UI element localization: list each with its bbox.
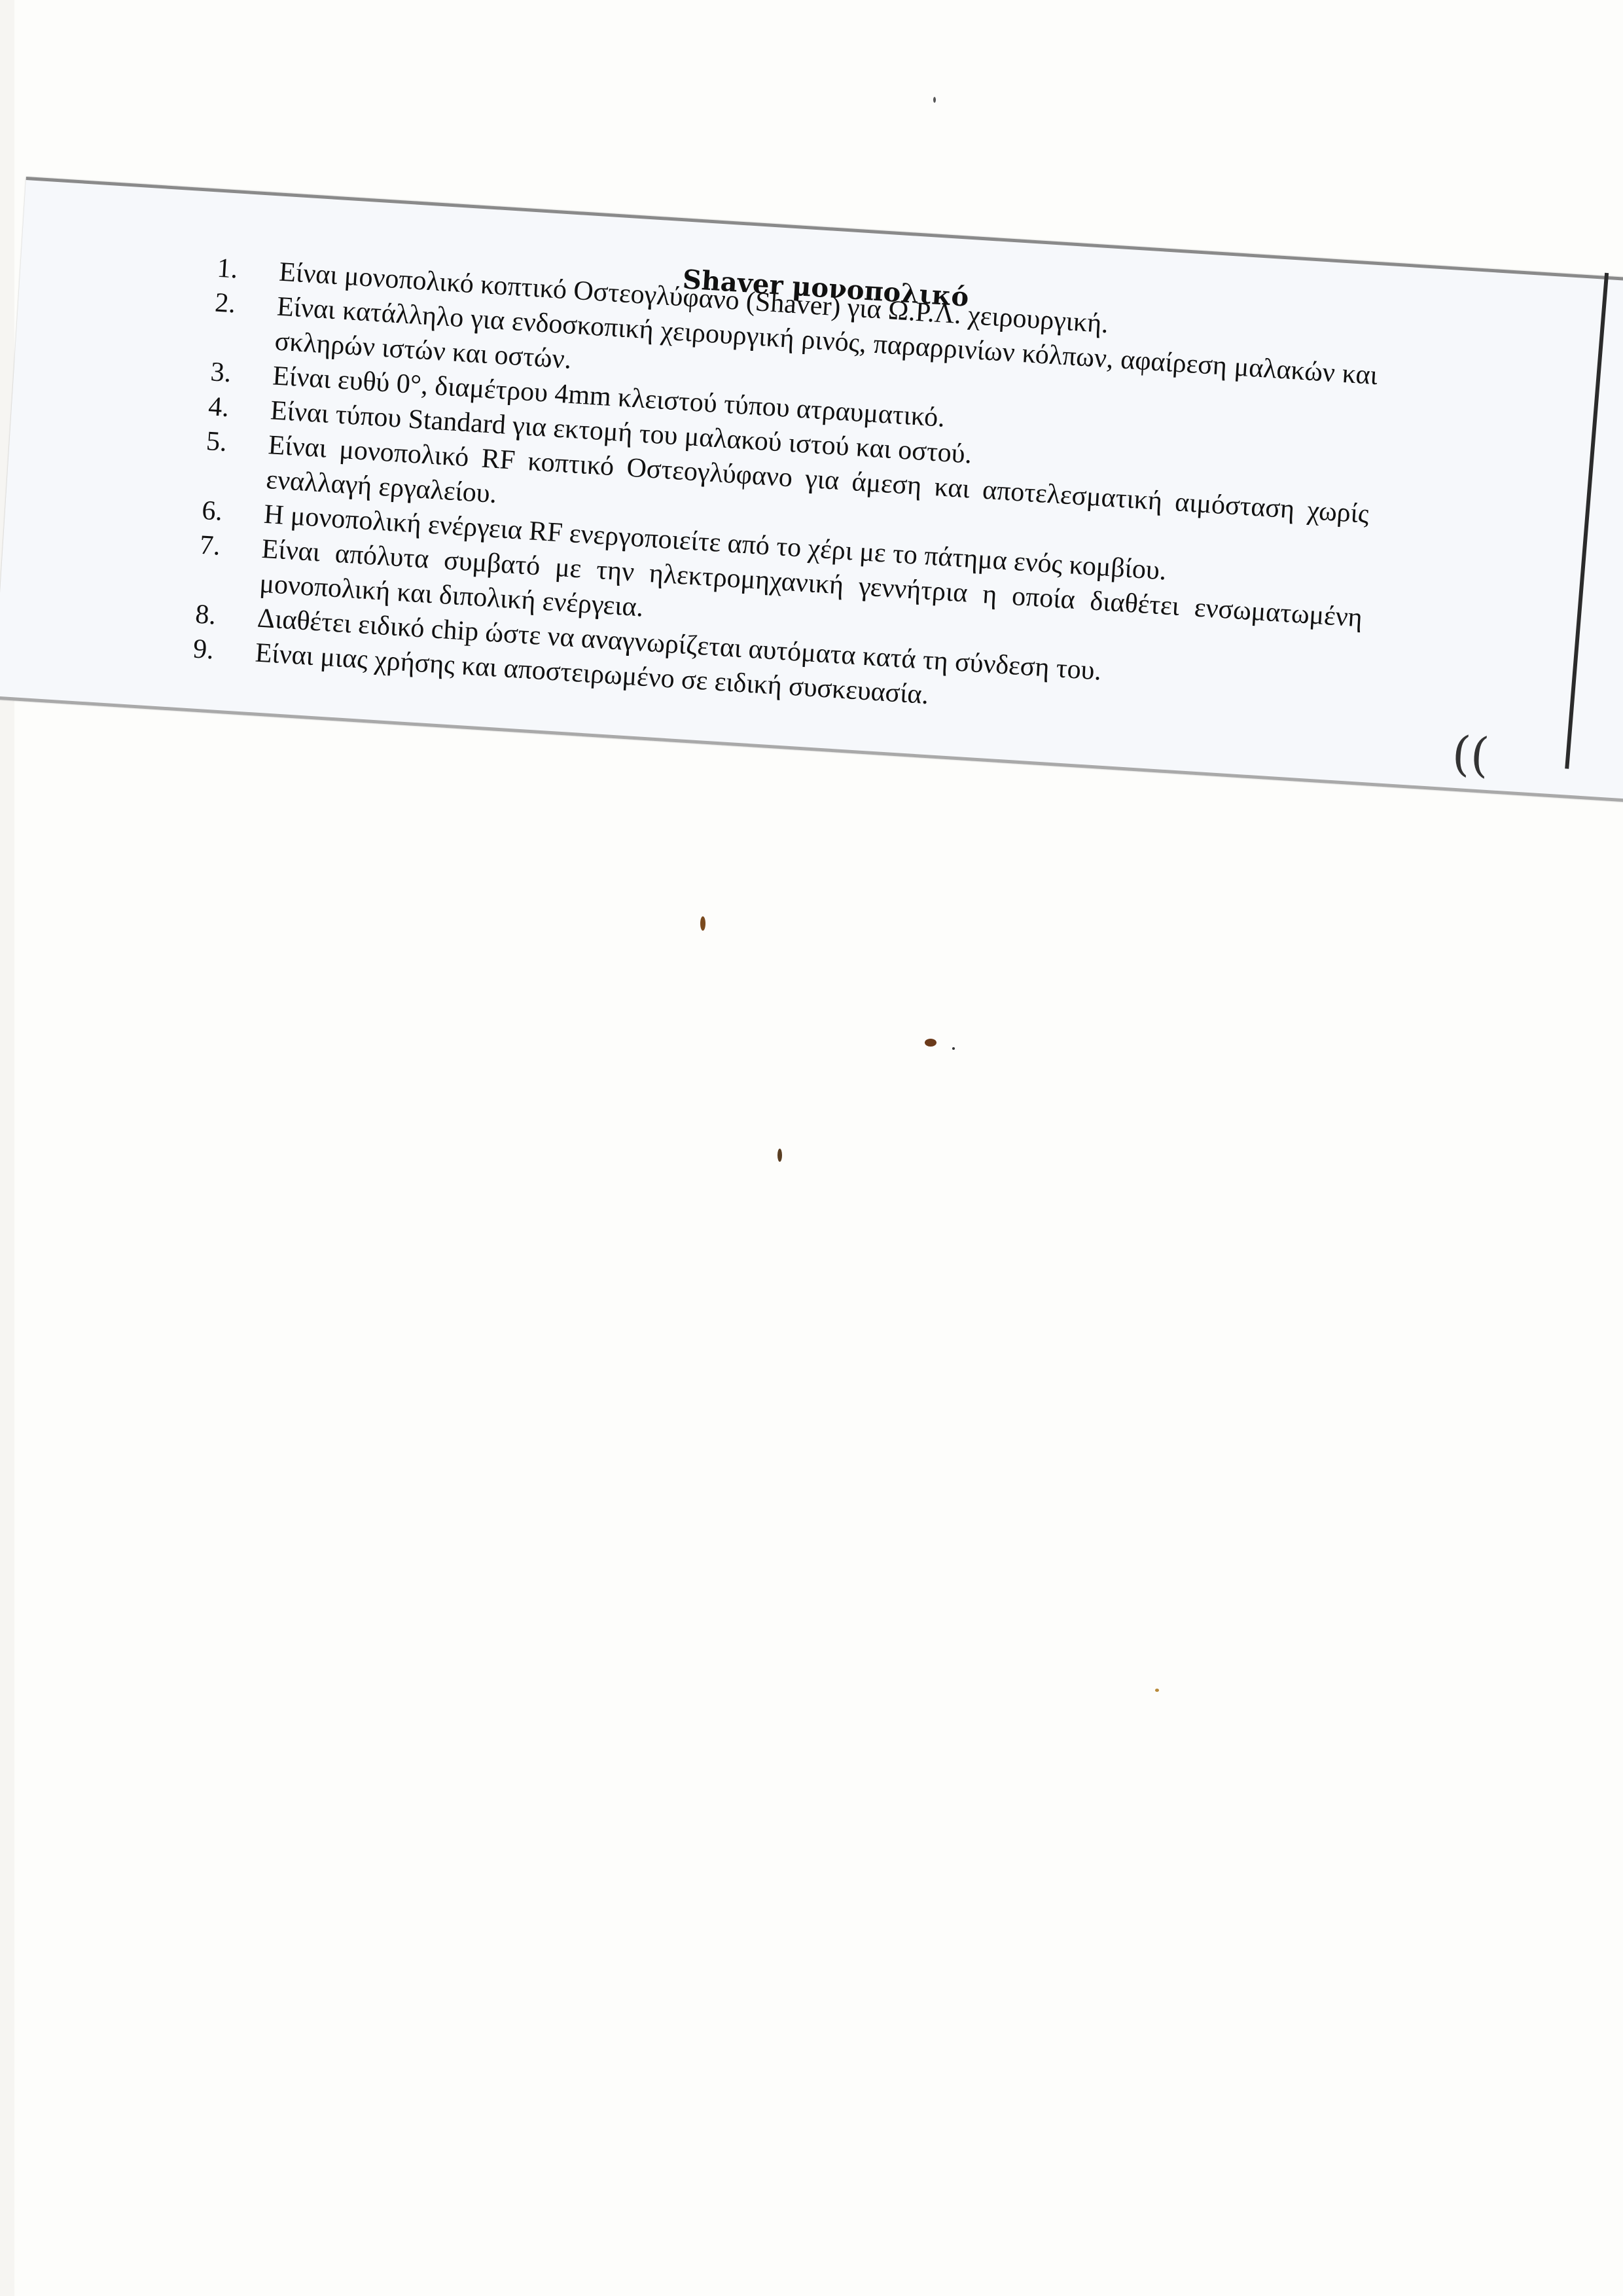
item-number: 5. <box>205 424 269 463</box>
scan-speck <box>1155 1689 1159 1692</box>
specification-text: Shaver μονοπολικό 1. Είναι μονοπολικό κο… <box>219 238 1382 312</box>
scan-speck <box>933 97 936 103</box>
item-number: 9. <box>192 632 257 670</box>
item-number: 8. <box>194 598 259 636</box>
item-number: 1. <box>216 251 280 290</box>
item-number: 6. <box>201 493 265 532</box>
item-number: 2. <box>214 286 278 325</box>
strip-fold-line <box>1565 273 1609 769</box>
scan-speck <box>777 1149 782 1162</box>
specification-list: 1. Είναι μονοπολικό κοπτικό Οστεογλύφανο… <box>192 251 1381 740</box>
scan-speck <box>952 1047 955 1050</box>
handwritten-mark: (( <box>1450 726 1490 783</box>
scan-speck <box>700 916 705 931</box>
item-number: 4. <box>207 389 272 428</box>
scan-speck <box>925 1039 936 1047</box>
item-number: 3. <box>209 355 274 393</box>
pasted-paper-strip: Shaver μονοπολικό 1. Είναι μονοπολικό κο… <box>0 177 1623 802</box>
item-number: 7. <box>198 528 262 567</box>
scan-edge <box>0 0 14 2296</box>
